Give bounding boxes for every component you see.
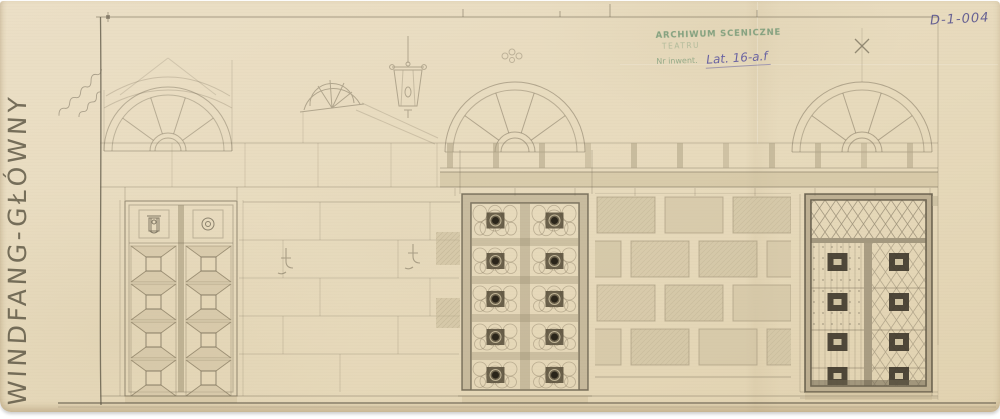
stamp-inventory-label: Nr inwent. [656,56,698,66]
lunette-right [792,28,932,152]
fan-sketch [300,80,438,144]
lunette-left [104,58,232,151]
wall-bracket-sketch-1 [278,248,293,274]
door-left-crest-ornament [147,216,161,233]
inventory-number-handwritten: Lat. 16-a.f [705,49,771,69]
lunette-center [445,49,585,152]
door-left-wreath-ornament [202,218,214,230]
lantern-sketch [390,36,427,118]
wall-bracket-sketch-2 [405,244,420,269]
scan-background: WINDFANG-GŁÓWNY ARCHIWUM SCENICZNE TEATR… [0,0,1000,419]
pencil-note-scribble [50,69,116,126]
elevation-drawing [0,0,1000,419]
catalog-number: D-1-004 [930,10,990,28]
vertical-title: WINDFANG-GŁÓWNY [3,79,39,419]
door-left [120,200,243,403]
wall-basketweave [563,193,825,377]
door-center [458,150,592,403]
door-right [800,194,938,400]
archive-stamp: ARCHIWUM SCENICZNE TEATRU Nr inwent. Lat… [656,27,807,69]
ashlar-wall [239,150,460,392]
